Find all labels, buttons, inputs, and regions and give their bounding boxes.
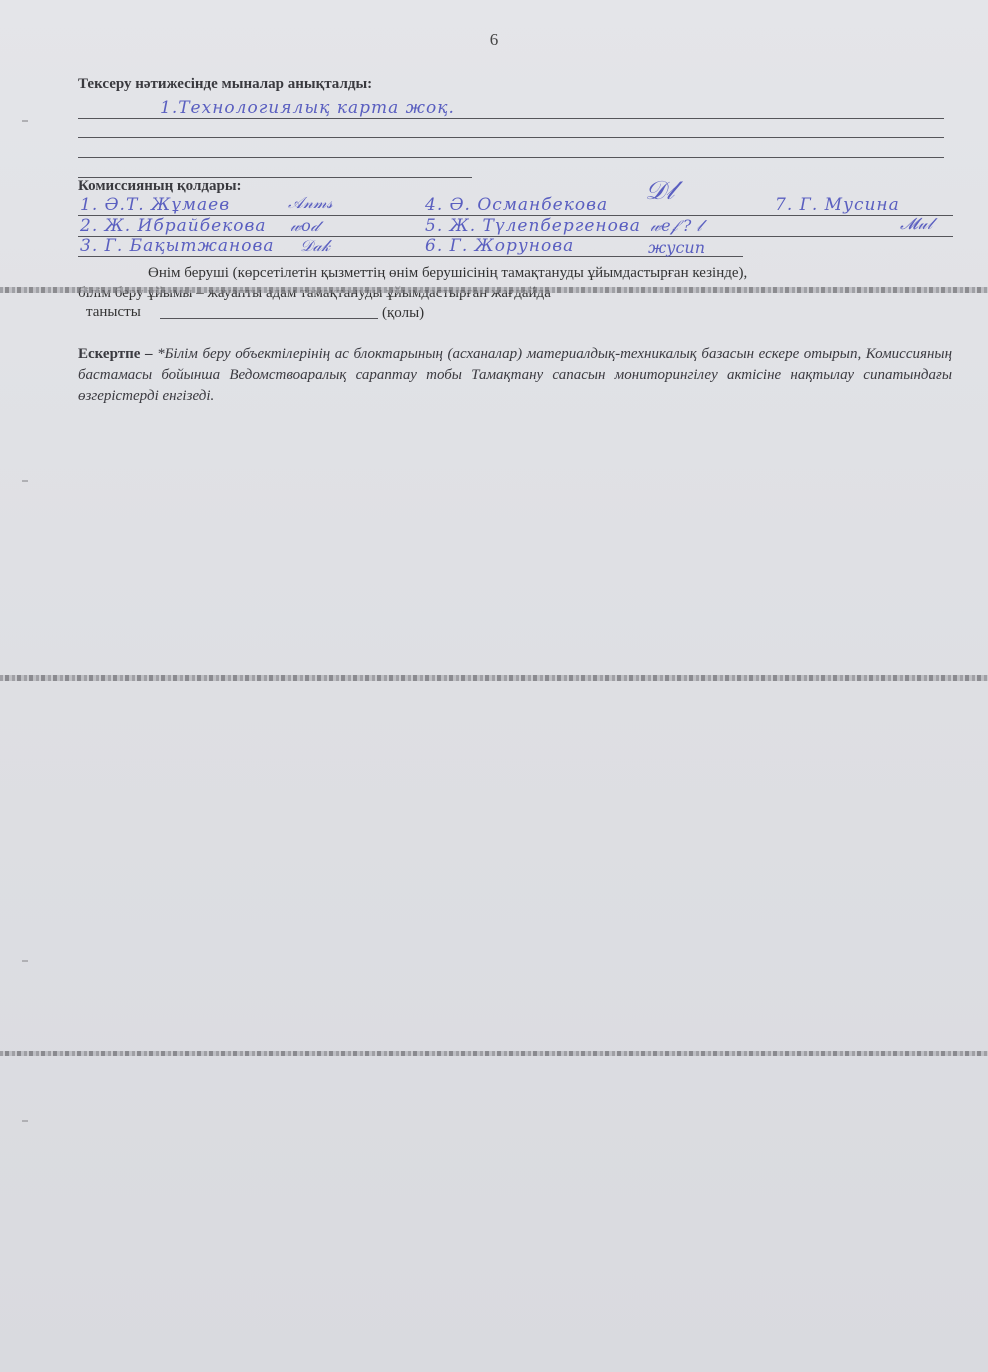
signatory-7-name: 7. Г. Мусина [775, 195, 900, 215]
signatory-5-signature: 𝓌𝑒𝒻 ? 𝓁 [650, 216, 702, 236]
findings-line-1 [78, 118, 944, 119]
edge-mark [22, 480, 28, 482]
signatory-2-name: 2. Ж. Ибрайбекова [80, 216, 267, 236]
note: Ескертпе – *Білім беру объектілерінің ас… [78, 344, 952, 407]
signature-line [160, 318, 378, 319]
page-number: 6 [0, 30, 988, 50]
familiar-label: танысты [86, 302, 141, 322]
signatory-4-signature: 𝒟𝓁 [645, 176, 674, 207]
findings-handwritten-1: 1.Технологиялық карта жоқ. [160, 98, 455, 118]
signatory-4-name: 4. Ә. Османбекова [425, 195, 608, 215]
edge-mark [22, 960, 28, 962]
signatory-1-name: 1. Ә.Т. Жұмаев [80, 195, 230, 215]
note-label: Ескертпе – [78, 346, 152, 362]
acknowledgement-line-2: білім беру ұйымы – жауапты адам тамақтан… [78, 283, 952, 303]
edge-mark [22, 120, 28, 122]
findings-heading: Тексеру нәтижесінде мыналар анықталды: [78, 76, 372, 93]
note-text: *Білім беру объектілерінің ас блоктарыны… [78, 346, 952, 404]
acknowledgement-line-1: Өнім беруші (көрсетілетін қызметтің өнім… [78, 263, 952, 283]
signatory-6-signature: жусип [648, 238, 705, 257]
signatory-6-name: 6. Г. Жорунова [425, 236, 574, 256]
signatory-5-name: 5. Ж. Түлепбергенова [425, 216, 641, 236]
commission-line-3 [78, 256, 743, 257]
signatory-3-name: 3. Г. Бақытжанова [80, 236, 274, 256]
commission-heading: Комиссияның қолдары: [78, 178, 242, 195]
fold-crease-bottom [0, 1051, 988, 1056]
signatory-2-signature: 𝓌𝑜𝒹 [290, 216, 319, 236]
signature-label: (қолы) [382, 303, 424, 323]
edge-mark [22, 1120, 28, 1122]
signatory-1-signature: 𝒜𝓃𝓂𝓈 [288, 193, 332, 213]
findings-line-2 [78, 137, 944, 138]
fold-crease-top [0, 287, 988, 293]
signatory-7-signature: 𝓜𝓊𝓁 [900, 214, 932, 234]
signatory-3-signature: 𝒟𝒶𝓀 [300, 236, 330, 256]
findings-line-3 [78, 157, 944, 158]
fold-crease-middle [0, 675, 988, 681]
